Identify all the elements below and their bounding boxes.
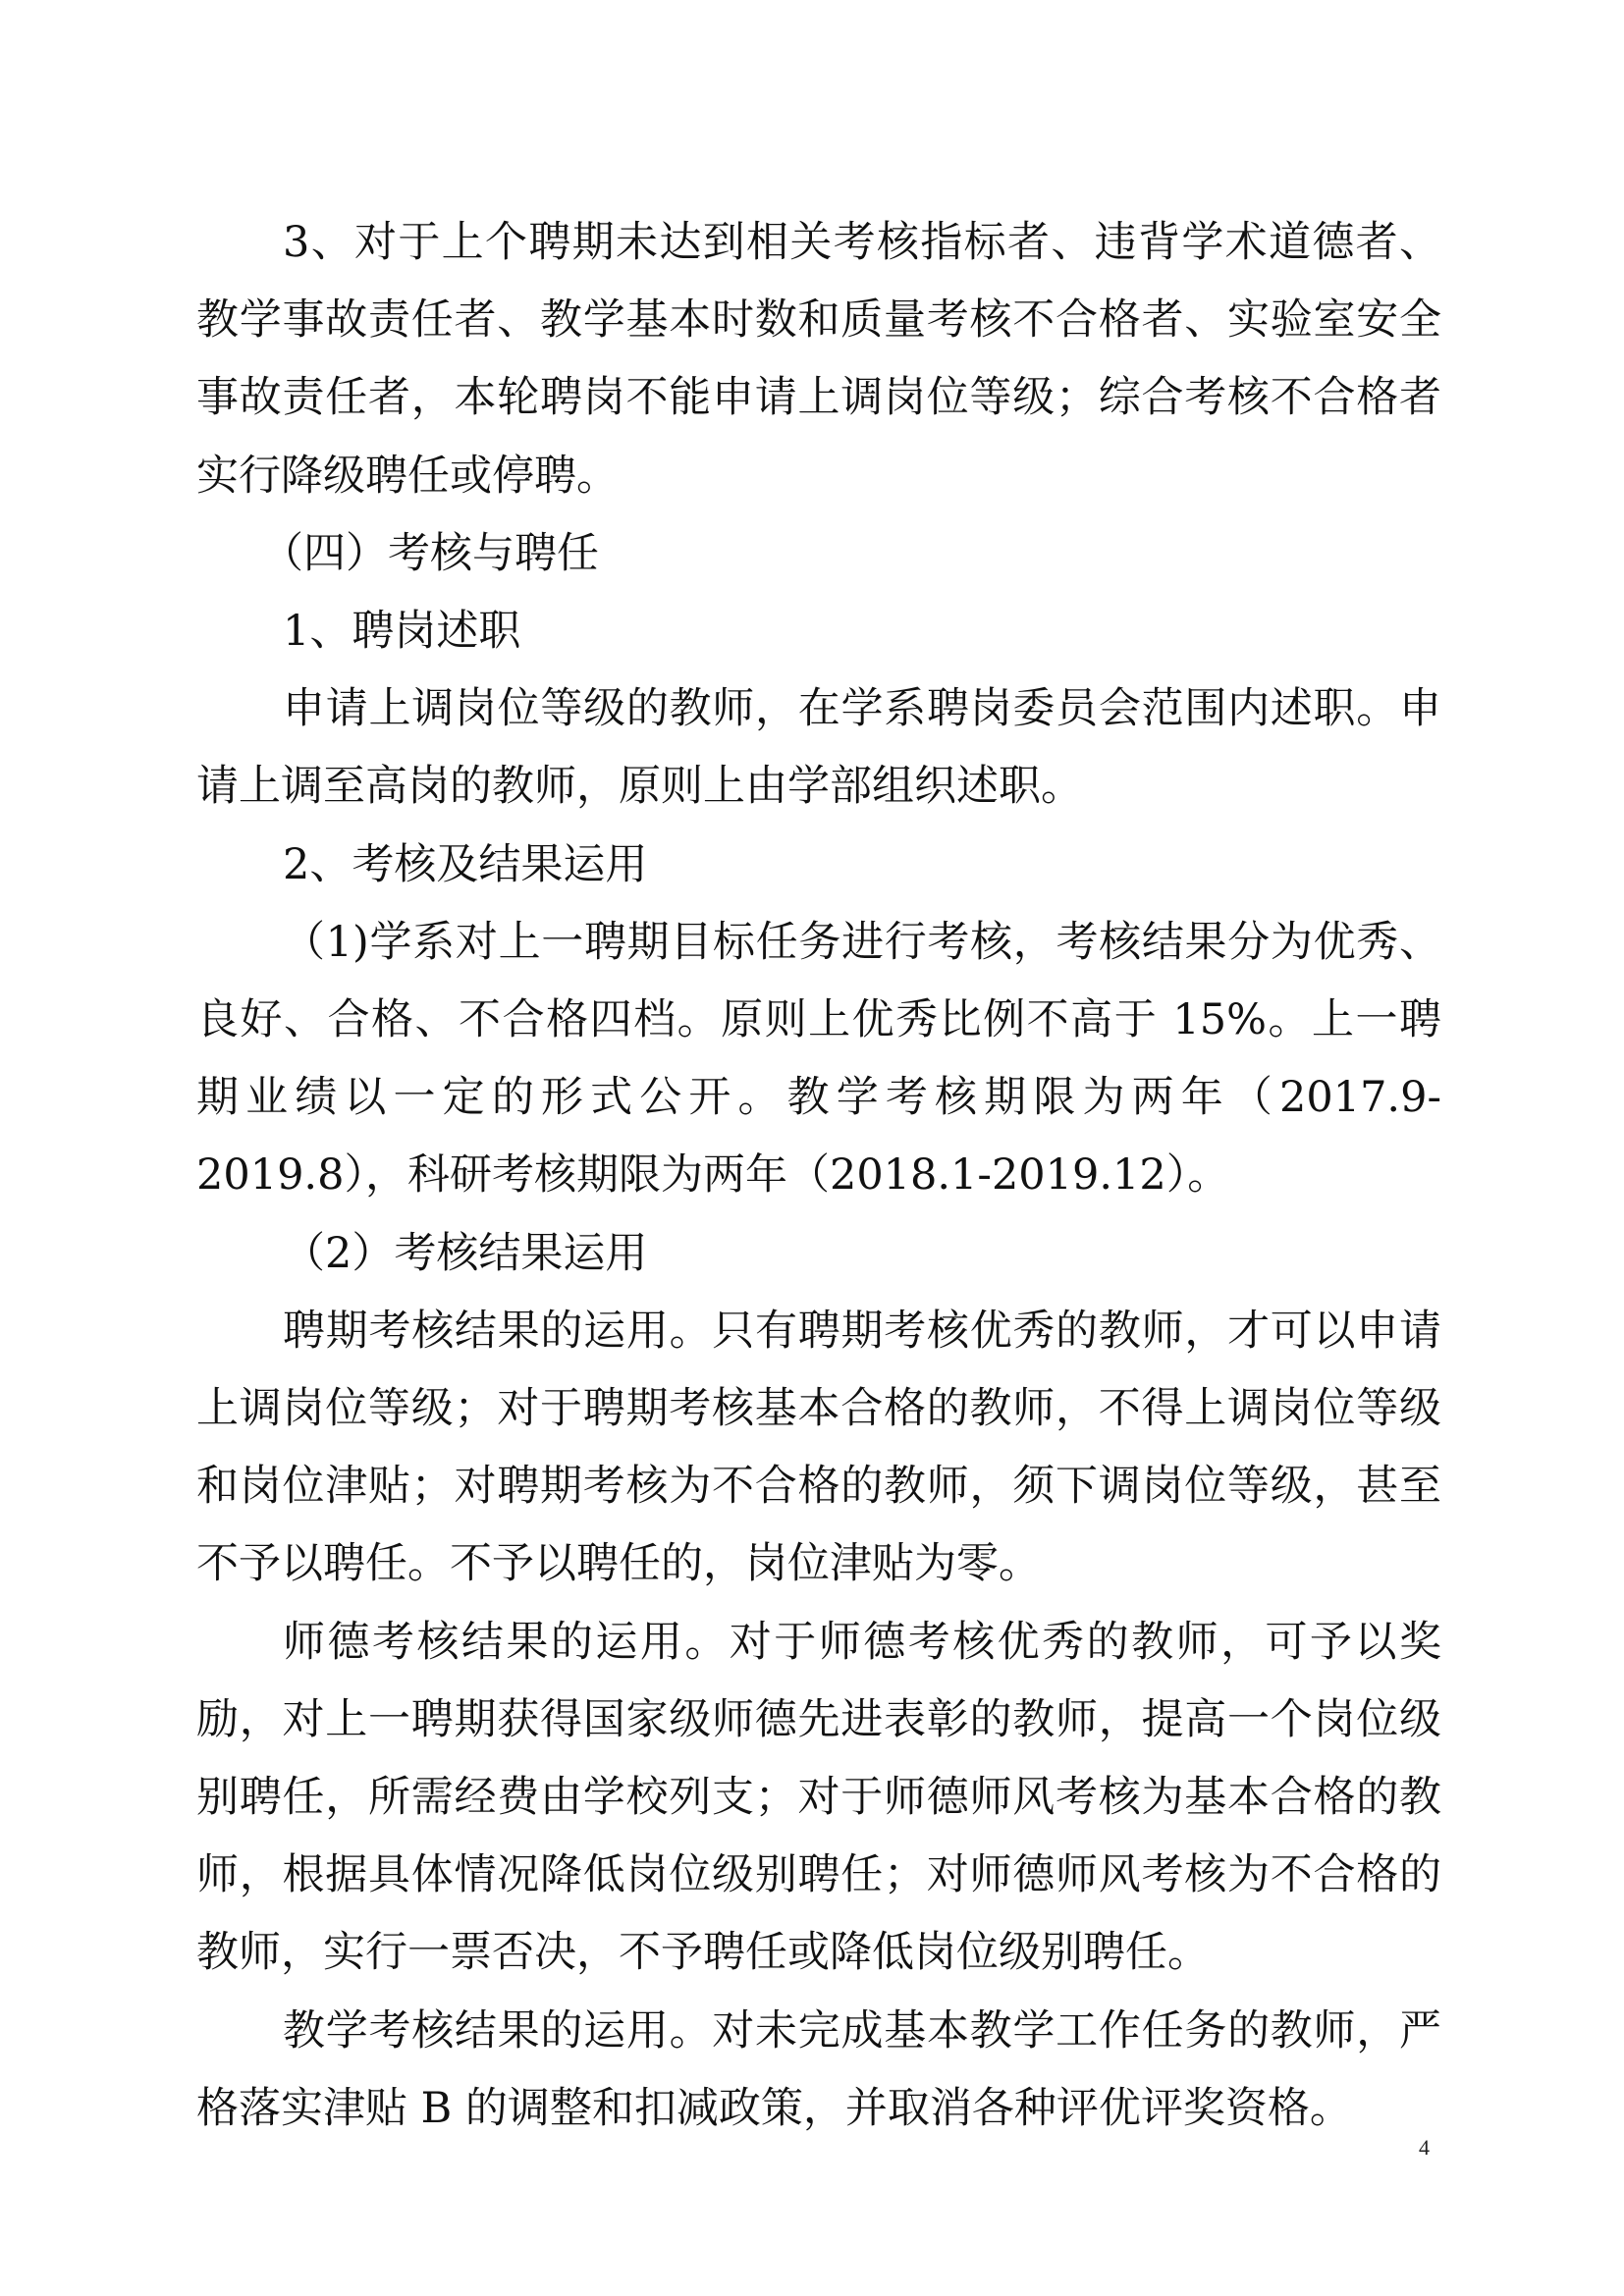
subheading-assessment-results: 2、考核及结果运用 [196,827,1441,904]
paragraph-teaching-results: 教学考核结果的运用。对未完成基本教学工作任务的教师，严格落实津贴 B 的调整和扣… [196,1993,1441,2148]
page-number: 4 [1419,2135,1430,2161]
paragraph-assessment-1: （1)学系对上一聘期目标任务进行考核，考核结果分为优秀、良好、合格、不合格四档。… [196,904,1441,1215]
subheading-report: 1、聘岗述职 [196,593,1441,670]
paragraph-item-3: 3、对于上个聘期未达到相关考核指标者、违背学术道德者、教学事故责任者、教学基本时… [196,204,1441,515]
paragraph-report: 申请上调岗位等级的教师，在学系聘岗委员会范围内述职。申请上调至高岗的教师，原则上… [196,670,1441,826]
paragraph-term-results: 聘期考核结果的运用。只有聘期考核优秀的教师，才可以申请上调岗位等级；对于聘期考核… [196,1293,1441,1604]
subheading-results-use: （2）考核结果运用 [196,1215,1441,1293]
paragraph-ethics-results: 师德考核结果的运用。对于师德考核优秀的教师，可予以奖励，对上一聘期获得国家级师德… [196,1604,1441,1993]
document-page: 3、对于上个聘期未达到相关考核指标者、违背学术道德者、教学事故责任者、教学基本时… [196,204,1441,2148]
section-heading-assessment: （四）考核与聘任 [196,515,1441,593]
